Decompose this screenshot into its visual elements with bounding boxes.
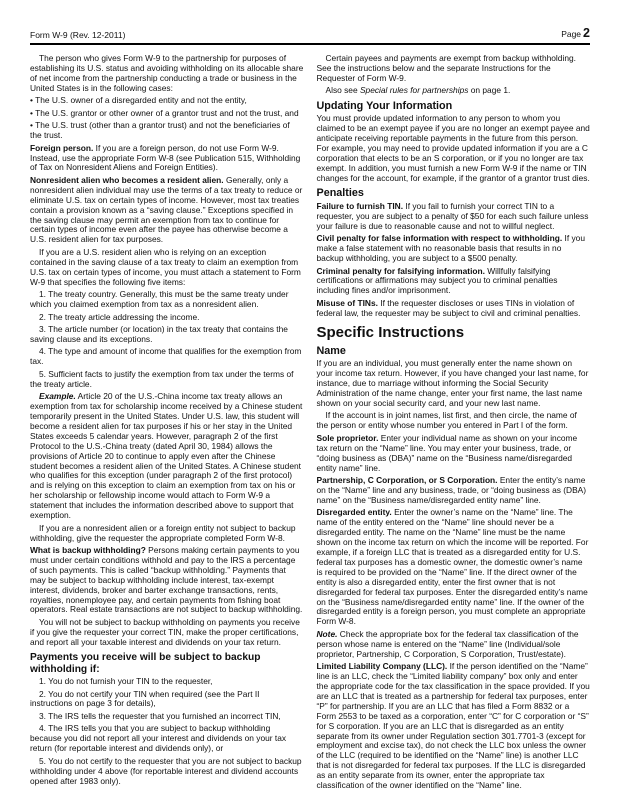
paragraph: If the account is in joint names, list f… [317, 411, 591, 431]
paragraph: Criminal penalty for falsifying informat… [317, 267, 591, 297]
section-heading: Payments you receive will be subject to … [30, 652, 304, 675]
page-number: 2 [583, 26, 590, 40]
paragraph: Note. Check the appropriate box for the … [317, 630, 591, 660]
numbered-item: 2. You do not certify your TIN when requ… [30, 690, 304, 710]
bullet-item: • The U.S. trust (other than a grantor t… [30, 121, 304, 141]
paragraph: Civil penalty for false information with… [317, 234, 591, 264]
paragraph: Misuse of TINs. If the requester disclos… [317, 299, 591, 319]
paragraph: Sole proprietor. Enter your individual n… [317, 434, 591, 474]
numbered-item: 5. You do not certify to the requester t… [30, 757, 304, 787]
two-column-body: The person who gives Form W-9 to the par… [30, 54, 590, 794]
bullet-item: • The U.S. grantor or other owner of a g… [30, 109, 304, 119]
paragraph: If you are a nonresident alien or a fore… [30, 524, 304, 544]
numbered-item: 2. The treaty article addressing the inc… [30, 313, 304, 323]
section-heading: Specific Instructions [317, 325, 591, 342]
paragraph: The person who gives Form W-9 to the par… [30, 54, 304, 94]
paragraph: Also see Special rules for partnerships … [317, 86, 591, 96]
paragraph: If you are a U.S. resident alien who is … [30, 248, 304, 288]
paragraph: Foreign person. If you are a foreign per… [30, 144, 304, 174]
page-header: Form W-9 (Rev. 12-2011) Page2 [30, 26, 590, 45]
numbered-item: 4. The IRS tells you that you are subjec… [30, 724, 304, 754]
numbered-item: 5. Sufficient facts to justify the exemp… [30, 370, 304, 390]
paragraph: Failure to furnish TIN. If you fail to f… [317, 202, 591, 232]
left-column: The person who gives Form W-9 to the par… [30, 54, 304, 794]
page-word: Page [561, 29, 581, 39]
section-heading: Updating Your Information [317, 101, 591, 113]
page-indicator: Page2 [561, 26, 590, 40]
paragraph: Limited Liability Company (LLC). If the … [317, 662, 591, 791]
paragraph: What is backup withholding? Persons maki… [30, 546, 304, 615]
paragraph: Disregarded entity. Enter the owner’s na… [317, 508, 591, 627]
paragraph: Example. Article 20 of the U.S.-China in… [30, 392, 304, 521]
numbered-item: 1. You do not furnish your TIN to the re… [30, 677, 304, 687]
section-heading: Penalties [317, 188, 591, 200]
paragraph: Partnership, C Corporation, or S Corpora… [317, 476, 591, 506]
numbered-item: 3. The IRS tells the requester that you … [30, 712, 304, 722]
numbered-item: 4. The type and amount of income that qu… [30, 347, 304, 367]
paragraph: If you are an individual, you must gener… [317, 359, 591, 409]
paragraph: Nonresident alien who becomes a resident… [30, 176, 304, 245]
paragraph: Certain payees and payments are exempt f… [317, 54, 591, 84]
form-version-label: Form W-9 (Rev. 12-2011) [30, 30, 125, 40]
numbered-item: 3. The article number (or location) in t… [30, 325, 304, 345]
document-page: Form W-9 (Rev. 12-2011) Page2 The person… [0, 0, 620, 803]
numbered-item: 1. The treaty country. Generally, this m… [30, 290, 304, 310]
section-heading: Name [317, 346, 591, 358]
right-column: Certain payees and payments are exempt f… [317, 54, 591, 794]
paragraph: You must provide updated information to … [317, 114, 591, 183]
bullet-item: • The U.S. owner of a disregarded entity… [30, 96, 304, 106]
paragraph: You will not be subject to backup withho… [30, 618, 304, 648]
